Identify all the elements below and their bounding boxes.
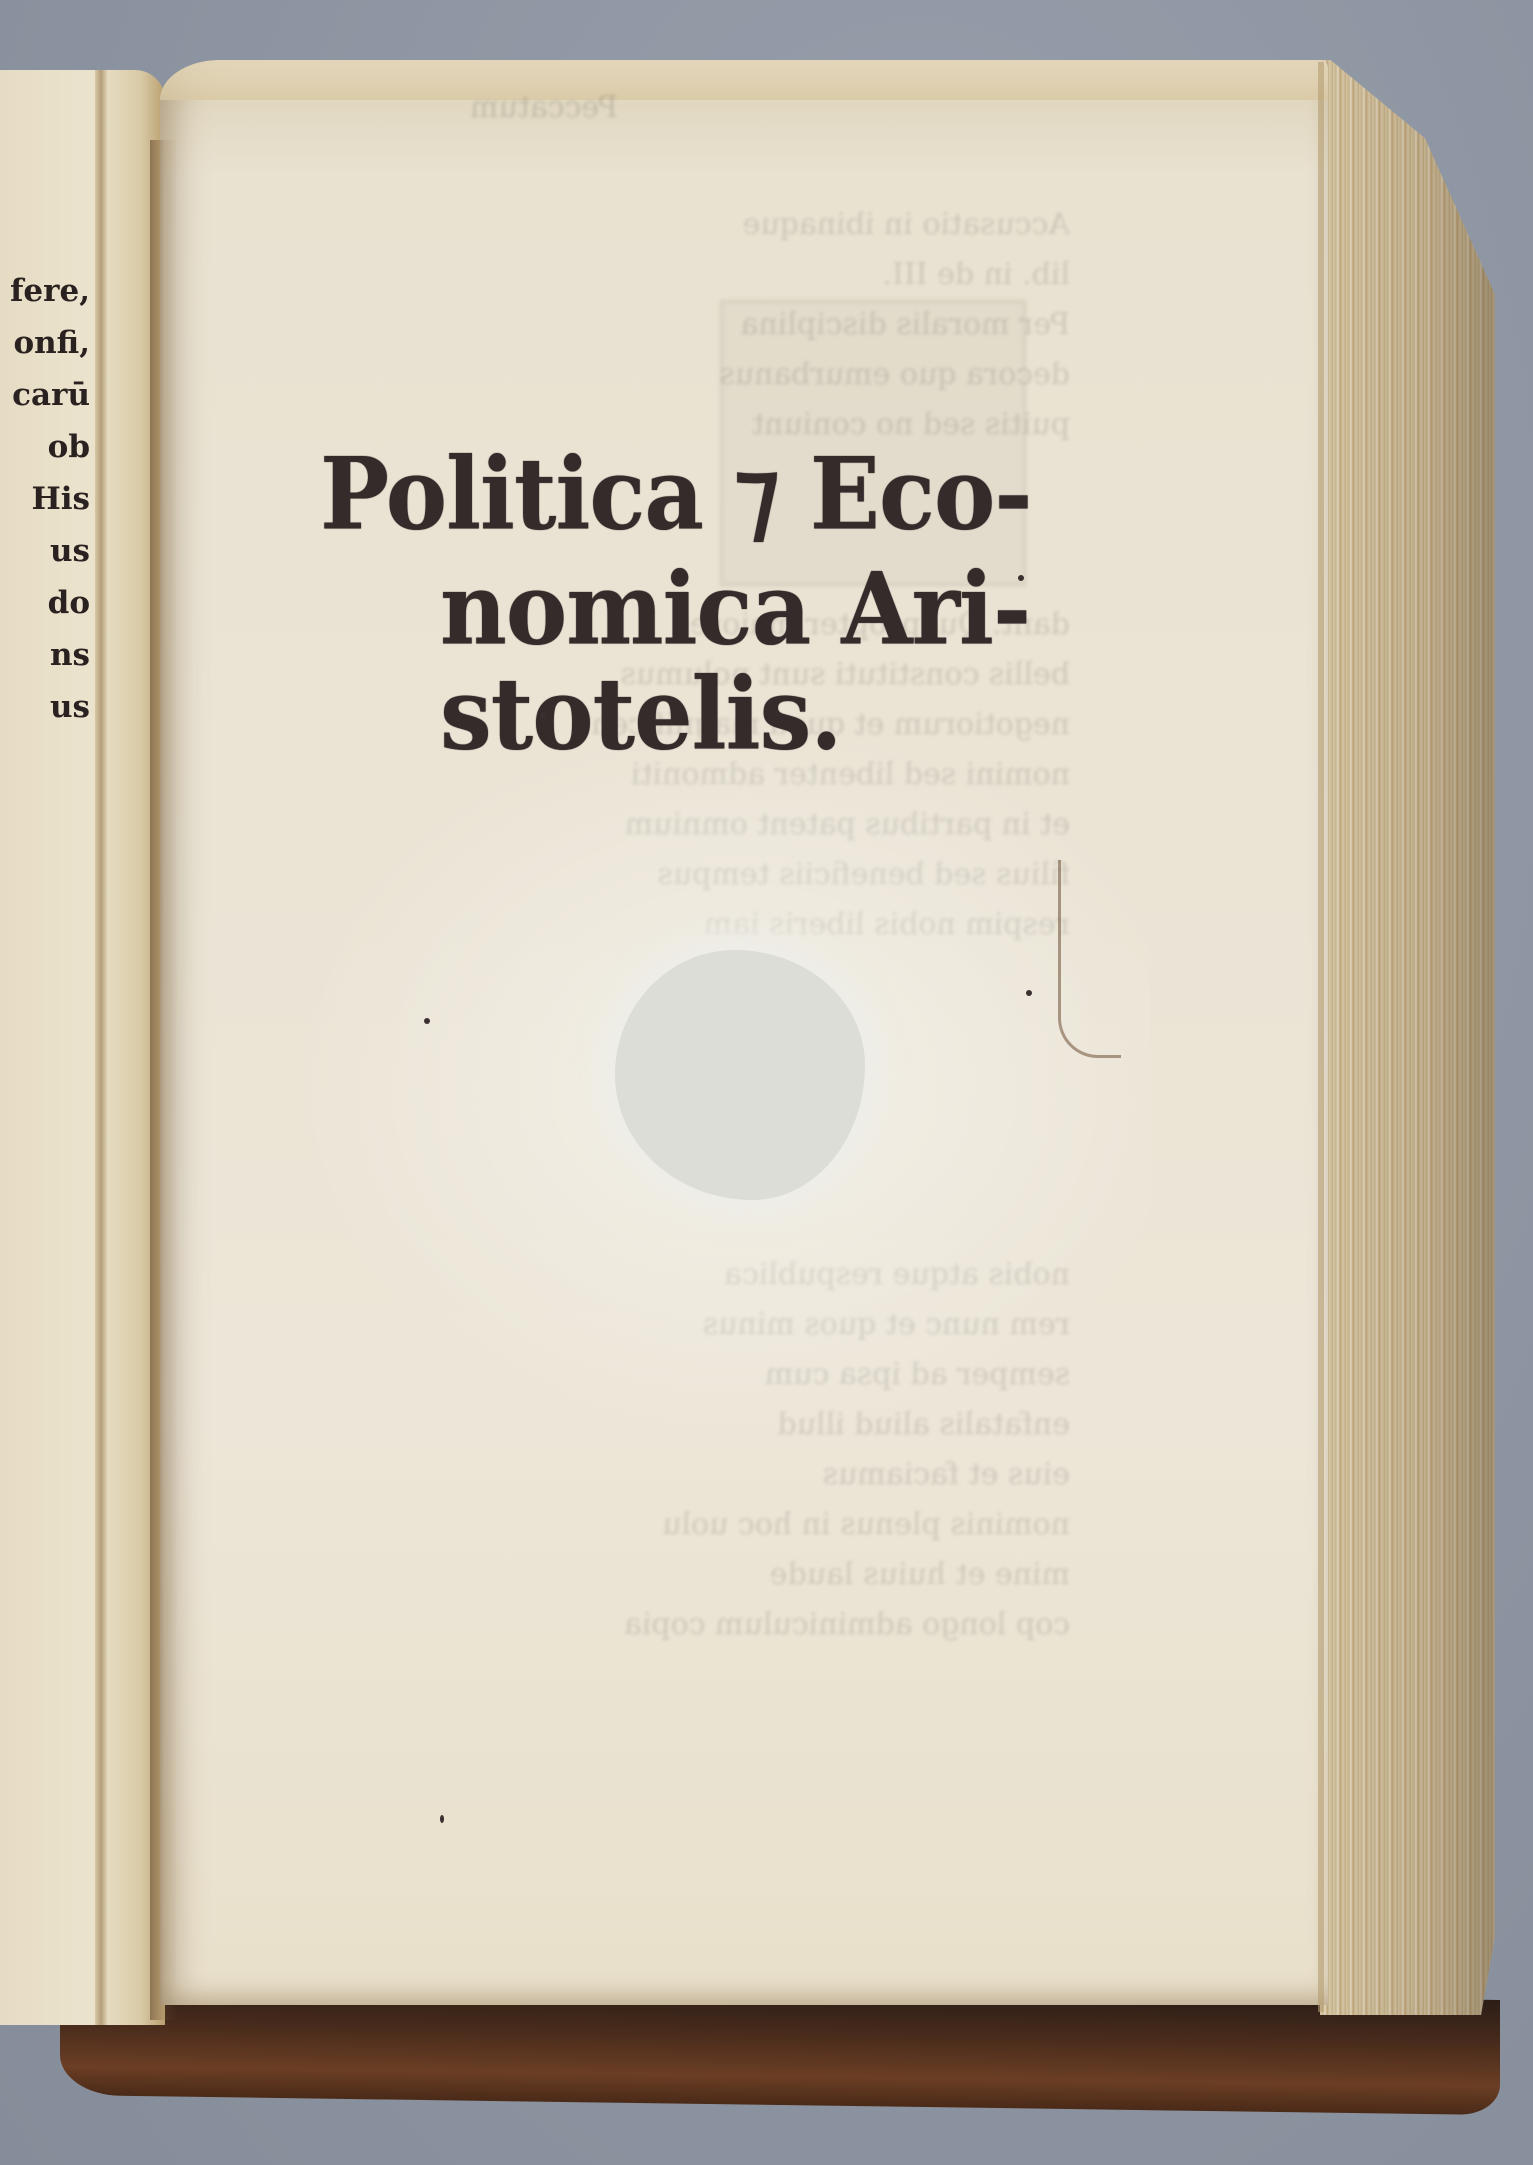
left-line: fere, — [0, 265, 90, 317]
show-through-line: Per moralis disciplina — [190, 300, 1070, 350]
title-line-3: stotelis. — [440, 656, 841, 773]
show-through-line: mine et huius laude — [190, 1550, 1070, 1600]
show-through-header: Peccatum — [470, 90, 618, 125]
show-through-line: nominis plenus in hoc uolu — [190, 1500, 1070, 1550]
show-through-line: decora quo emurbanus — [190, 350, 1070, 400]
left-line: ns — [0, 629, 90, 681]
ink-speck — [424, 1018, 430, 1024]
left-line: carū — [0, 369, 90, 421]
left-line: ob — [0, 421, 90, 473]
left-page-edge — [95, 70, 107, 2025]
left-line: onfi, — [0, 317, 90, 369]
ink-speck — [1026, 990, 1032, 996]
ink-stain-mark — [1058, 860, 1121, 1058]
left-line: His — [0, 473, 90, 525]
right-page-top-edge — [160, 60, 1328, 100]
left-page-text: fere, onfi, carū ob His us do ns us — [0, 265, 90, 733]
left-line: do — [0, 577, 90, 629]
show-through-line: lib. in de III. — [190, 250, 1070, 300]
show-through-line: cop longo adminiculum copia — [190, 1600, 1070, 1650]
title-line-2: nomica Ari- — [440, 551, 1030, 668]
title-line-1: Politica ⁊ Eco- — [320, 436, 1032, 553]
ink-speck — [540, 712, 546, 718]
ink-speck — [1018, 575, 1024, 581]
left-line: us — [0, 681, 90, 733]
ink-speck — [440, 1815, 444, 1823]
page-edges-shade — [1320, 60, 1495, 2015]
show-through-line: Accusatio in ibinaque — [190, 200, 1070, 250]
right-page-fore-edge — [1318, 62, 1324, 2012]
gutter-shadow — [150, 140, 178, 2020]
left-line: us — [0, 525, 90, 577]
